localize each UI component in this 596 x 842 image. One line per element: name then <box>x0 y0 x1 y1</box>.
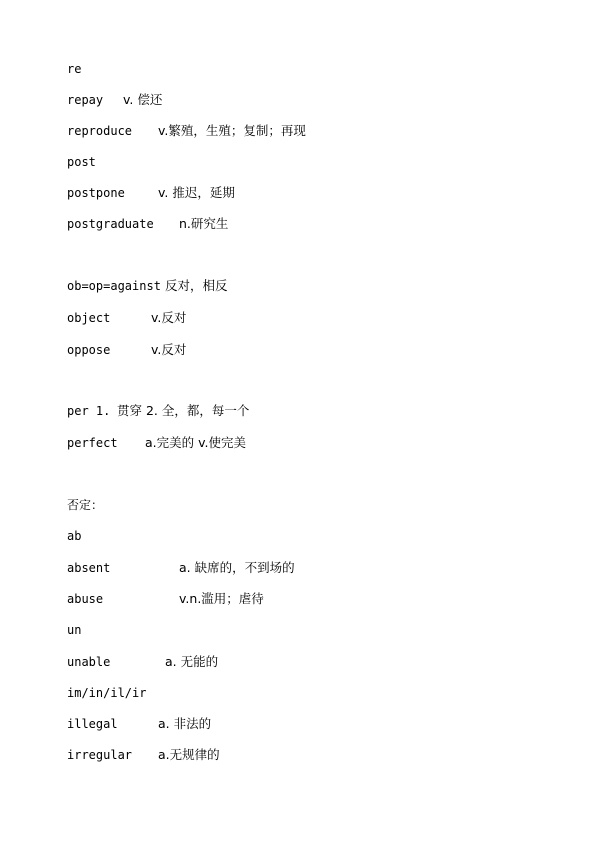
vocab-definition: v.反对 <box>151 310 186 326</box>
vocab-definition: 反对，相反 <box>165 278 228 294</box>
vocab-definition: a. 非法的 <box>158 716 211 732</box>
vocab-definition: a.无规律的 <box>158 747 220 763</box>
vocab-term: oppose <box>67 342 110 358</box>
vocab-definition: v. 偿还 <box>123 92 162 108</box>
vocab-term: postgraduate <box>67 216 154 232</box>
vocab-term: re <box>67 61 81 77</box>
vocab-term: abuse <box>67 591 103 607</box>
vocab-term: ab <box>67 528 81 544</box>
vocab-term: perfect <box>67 435 118 451</box>
vocab-term: post <box>67 154 96 170</box>
vocab-term: per 1. <box>67 403 110 419</box>
vocab-definition: a. 缺席的，不到场的 <box>179 560 295 576</box>
vocab-term: 否定： <box>67 497 103 513</box>
vocab-term: ob=op=against <box>67 278 161 294</box>
vocab-definition: a.完美的 v.使完美 <box>145 435 246 451</box>
vocab-term: reproduce <box>67 123 132 139</box>
vocab-definition: v.反对 <box>151 342 186 358</box>
vocab-term: postpone <box>67 185 125 201</box>
vocab-definition: 贯穿 2. 全，都，每一个 <box>117 403 249 419</box>
vocab-term: repay <box>67 92 103 108</box>
vocab-term: un <box>67 622 81 638</box>
vocab-definition: v.繁殖，生殖；复制；再现 <box>158 123 306 139</box>
vocab-term: irregular <box>67 747 132 763</box>
vocab-definition: n.研究生 <box>179 216 228 232</box>
vocab-definition: v.n.滥用；虐待 <box>179 591 264 607</box>
vocab-term: unable <box>67 654 110 670</box>
vocab-definition: a. 无能的 <box>165 654 218 670</box>
vocab-definition: v. 推迟，延期 <box>158 185 235 201</box>
vocab-term: im/in/il/ir <box>67 685 146 701</box>
vocab-term: object <box>67 310 110 326</box>
vocab-term: illegal <box>67 716 118 732</box>
vocab-term: absent <box>67 560 110 576</box>
